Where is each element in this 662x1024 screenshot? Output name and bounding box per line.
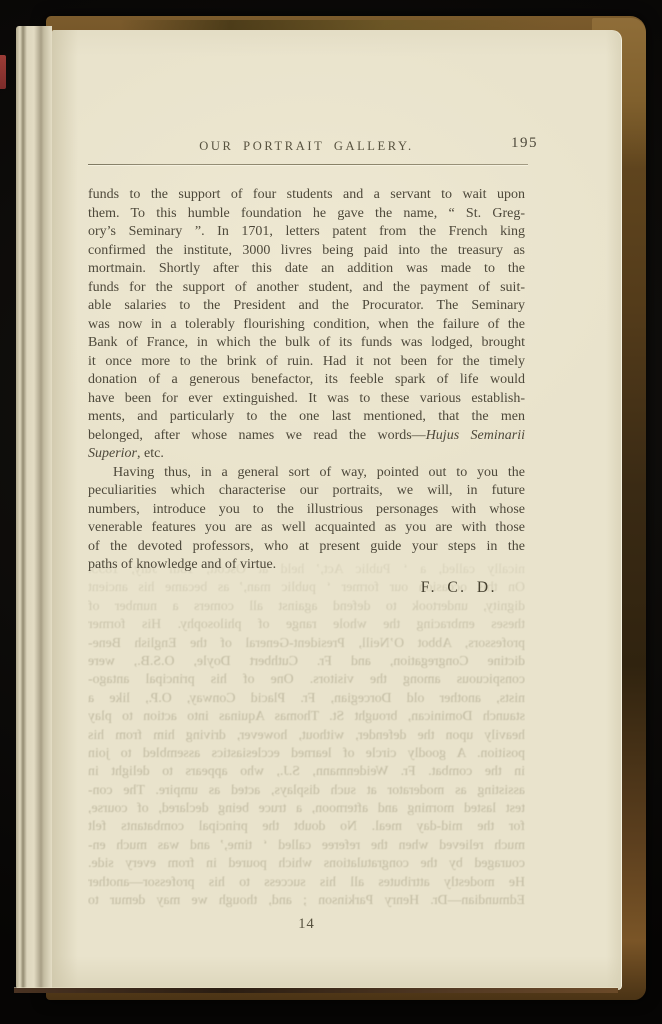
folio-number: 195 — [511, 135, 538, 152]
book-photo: nically called, a ‘ Public Act,’ held at… — [0, 0, 662, 1024]
text-line: funds for the support of another student… — [88, 279, 525, 298]
running-header: OUR PORTRAIT GALLERY. 195 — [88, 137, 525, 155]
latin-phrase: Hujus Seminarii — [426, 428, 525, 443]
text-line: able salaries to the President and the P… — [88, 297, 525, 316]
text-line: numbers, introduce you to the illustriou… — [88, 501, 525, 520]
footer-page-number: 14 — [88, 916, 525, 933]
text-line: confirmed the institute, 3000 livres bei… — [88, 242, 525, 261]
running-header-title: OUR PORTRAIT GALLERY. — [199, 139, 414, 153]
paragraph-2: Having thus, in a general sort of way, p… — [88, 464, 525, 575]
text-line: Having thus, in a general sort of way, p… — [88, 464, 525, 483]
text-line: Bank of France, in which the bulk of its… — [88, 334, 525, 353]
bookmark-ribbon — [0, 55, 6, 89]
text-line: ory’s Seminary ”. In 1701, letters paten… — [88, 223, 525, 242]
text-line: Superior, etc. — [88, 445, 525, 464]
text-line: of the devoted professors, who at presen… — [88, 538, 525, 557]
text-line: belonged, after whose names we read the … — [88, 427, 525, 446]
text-line: was now in a tolerably flourishing condi… — [88, 316, 525, 335]
text-segment: , etc. — [137, 446, 164, 461]
text-line: venerable features you are as well acqua… — [88, 519, 525, 538]
text-line: donation of a generous benefactor, its f… — [88, 371, 525, 390]
paragraph-1-lines: funds to the support of four students an… — [88, 186, 525, 427]
stacked-page-edges — [16, 26, 52, 989]
text-line: funds to the support of four students an… — [88, 186, 525, 205]
author-initials: F. C. D. — [88, 579, 525, 598]
text-line: have been for ever extinguished. It was … — [88, 390, 525, 409]
text-line: peculiarities which characterise our por… — [88, 482, 525, 501]
paragraph-1: funds to the support of four students an… — [88, 186, 525, 464]
text-line: it once more to the brink of ruin. Had i… — [88, 353, 525, 372]
text-segment: belonged, after whose names we read the … — [88, 428, 426, 443]
text-line: paths of knowledge and of virtue. — [88, 556, 525, 575]
book-page: nically called, a ‘ Public Act,’ held at… — [52, 30, 622, 990]
page-content: OUR PORTRAIT GALLERY. 195 funds to the s… — [52, 30, 622, 990]
text-line: mortmain. Shortly after this date an add… — [88, 260, 525, 279]
body-text: funds to the support of four students an… — [88, 186, 525, 597]
header-rule — [88, 164, 528, 165]
text-line: ments, and particularly to the one last … — [88, 408, 525, 427]
text-line: them. To this humble foundation he gave … — [88, 205, 525, 224]
latin-phrase: Superior — [88, 446, 137, 461]
